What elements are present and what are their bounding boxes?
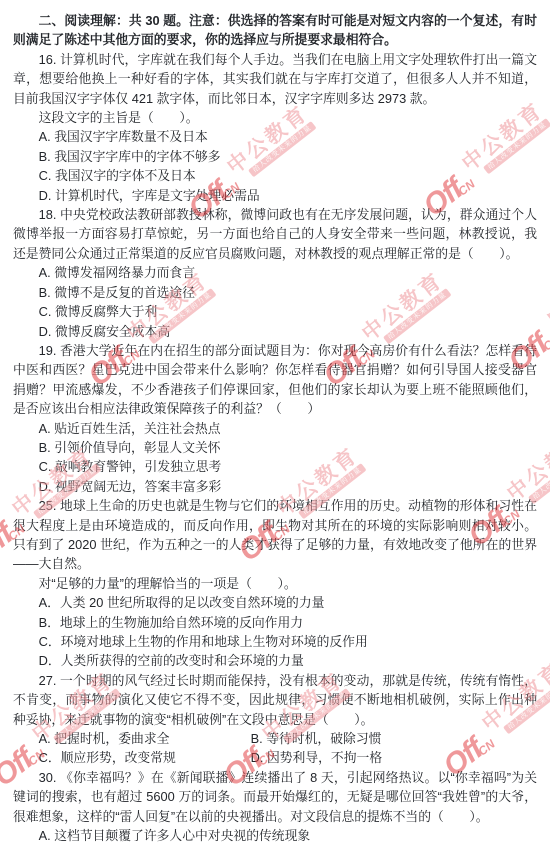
option-b: B. 引领价值导向，彰显人文关怀	[39, 438, 537, 457]
options-list: A. 贴近百姓生活，关注社会热点 B. 引领价值导向，彰显人文关怀 C. 敲响教…	[39, 419, 537, 497]
options-list: A．人类 20 世纪所取得的足以改变自然环境的力量 B．地球上的生物施加给自然环…	[39, 593, 537, 671]
exam-content: 二、阅读理解：共 30 题。注意：供选择的答案有时可能是对短文内容的一个复述，有…	[0, 0, 550, 845]
option-b: B. 我国汉字字库中的字体不够多	[39, 147, 537, 166]
question-stem: 16. 计算机时代，字库就在我们每个人手边。当我们在电脑上用文字处理软件打出一篇…	[13, 50, 537, 108]
option-a: A. 这档节目颠覆了许多人心中对央视的传统现象	[39, 826, 537, 845]
question-stem: 27. 一个时期的风气经过长时期而能保持，没有根本的变动，那就是传统，传统有惰性…	[13, 671, 537, 729]
option-c: C. 敲响教育警钟，引发独立思考	[39, 457, 537, 476]
section-intro: 二、阅读理解：共 30 题。注意：供选择的答案有时可能是对短文内容的一个复述，有…	[13, 11, 537, 50]
question-18: 18. 中央党校政法教研部教授林称，微博问政也有在无序发展问题，认为，群众通过个…	[13, 205, 537, 341]
option-a: A. 微博发福网络暴力而食言	[39, 263, 537, 282]
options-list: A. 这档节目颠覆了许多人心中对央视的传统现象	[39, 826, 537, 845]
option-d: D．人类所获得的空前的改变时和会环境的力量	[39, 651, 537, 670]
option-c: C. 我国汉字的字体不及日本	[39, 166, 537, 185]
option-d: D. 微博反腐安全成本高	[39, 322, 537, 341]
question-stem: 30. 《你幸福吗？》在《新闻联播》连续播出了 8 天，引起网络热议。以“你幸福…	[13, 768, 537, 826]
question-stem: 19. 香港大学近年在内在招生的部分面试题目为：你对现今高房价有什么看法？怎样看…	[13, 341, 537, 419]
option-a: A. 我国汉字字库数量不及日本	[39, 127, 537, 146]
option-d: D. 视野宽阔无边，答案丰富多彩	[39, 477, 537, 496]
option-b: B. 等待时机，破除习惯	[251, 729, 537, 748]
option-d: D. 因势利导，不拘一格	[251, 748, 537, 767]
question-25: 25. 地球上生命的历史也就是生物与它们的环境相互作用的历史。动植物的形体和习性…	[13, 496, 537, 671]
question-prompt: 对“足够的力量”的理解恰当的一项是（ ）。	[13, 574, 537, 593]
question-30: 30. 《你幸福吗？》在《新闻联播》连续播出了 8 天，引起网络热议。以“你幸福…	[13, 768, 537, 846]
option-b: B. 微博不是反复的首选途径	[39, 283, 537, 302]
exam-page: 二、阅读理解：共 30 题。注意：供选择的答案有时可能是对短文内容的一个复述，有…	[0, 0, 550, 852]
options-list: A. 我国汉字字库数量不及日本 B. 我国汉字字库中的字体不够多 C. 我国汉字…	[39, 127, 537, 205]
option-c: C．顺应形势，改变常规	[39, 748, 251, 767]
option-a: A. 贴近百姓生活，关注社会热点	[39, 419, 537, 438]
option-a: A. 把握时机，委曲求全	[39, 729, 251, 748]
question-27: 27. 一个时期的风气经过长时期而能保持，没有根本的变动，那就是传统，传统有惰性…	[13, 671, 537, 768]
option-a: A．人类 20 世纪所取得的足以改变自然环境的力量	[39, 593, 537, 612]
question-19: 19. 香港大学近年在内在招生的部分面试题目为：你对现今高房价有什么看法？怎样看…	[13, 341, 537, 496]
options-list: A. 微博发福网络暴力而食言 B. 微博不是反复的首选途径 C. 微博反腐弊大于…	[39, 263, 537, 341]
options-list: A. 把握时机，委曲求全 B. 等待时机，破除习惯 C．顺应形势，改变常规 D.…	[39, 729, 537, 768]
question-16: 16. 计算机时代，字库就在我们每个人手边。当我们在电脑上用文字处理软件打出一篇…	[13, 50, 537, 205]
question-stem: 25. 地球上生命的历史也就是生物与它们的环境相互作用的历史。动植物的形体和习性…	[13, 496, 537, 574]
question-prompt: 这段文字的主旨是（ ）。	[13, 108, 537, 127]
option-c: C．环境对地球上生物的作用和地球上生物对环境的反作用	[39, 632, 537, 651]
question-stem: 18. 中央党校政法教研部教授林称，微博问政也有在无序发展问题，认为，群众通过个…	[13, 205, 537, 263]
option-d: D. 计算机时代，字库是文字处理必需品	[39, 186, 537, 205]
option-b: B．地球上的生物施加给自然环境的反向作用力	[39, 613, 537, 632]
option-c: C. 微博反腐弊大于利	[39, 302, 537, 321]
